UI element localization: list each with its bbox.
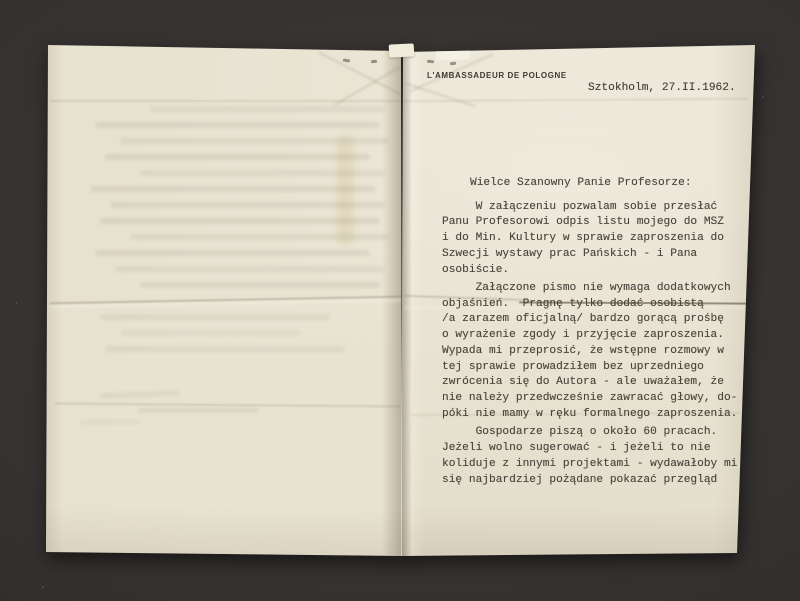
photo-stage: L'AMBASSADEUR DE POLOGNE Sztokholm, 27.I… [0, 0, 800, 601]
bleedthrough-mark [100, 391, 180, 399]
staple-mark [450, 62, 456, 65]
bleedthrough-line [120, 138, 388, 144]
typed-line: póki nie mamy w ręku formalnego zaprosze… [442, 407, 737, 423]
bleedthrough-line [130, 234, 388, 240]
typed-line: Panu Profesorowi odpis listu mojego do M… [442, 215, 737, 231]
bleedthrough-line [90, 186, 375, 192]
typed-line: osobiście. [442, 263, 737, 279]
bleedthrough-line [110, 202, 385, 208]
bleedthrough-line [105, 346, 345, 352]
bleedthrough-line [105, 154, 370, 160]
fold-shading [402, 51, 424, 556]
fold-crease [50, 296, 402, 305]
typed-line: się najbardziej pożądane pokazać przeglą… [442, 473, 737, 489]
typed-line: zwrócenia się do Autora - ale uważałem, … [442, 375, 737, 391]
staple-mark [371, 60, 377, 63]
bleedthrough-line [150, 106, 385, 112]
diagonal-crease [318, 51, 417, 103]
bleedthrough-line [140, 170, 385, 176]
diagonal-crease [406, 83, 475, 107]
typed-line: Załączone pismo nie wymaga dodatkowych [442, 281, 737, 297]
staple-mark [343, 59, 350, 62]
letterhead: L'AMBASSADEUR DE POLOGNE [427, 71, 567, 80]
letter-paper: L'AMBASSADEUR DE POLOGNE Sztokholm, 27.I… [0, 0, 800, 601]
bleedthrough-line [95, 122, 380, 128]
bleedthrough-mark [138, 408, 258, 413]
typed-line: /a zarazem oficjalną/ bardzo gorącą proś… [442, 312, 737, 328]
typed-line: W załączeniu pozwalam sobie przesłać [442, 200, 737, 216]
fold-crease-highlight [50, 299, 402, 309]
bleedthrough-mark [80, 420, 140, 424]
typed-body: W załączeniu pozwalam sobie przesłaćPanu… [442, 197, 737, 488]
typed-line: Gospodarze piszą o około 60 pracach. [442, 425, 737, 441]
bleedthrough-line [140, 282, 380, 288]
typed-line: koliduje z innymi projektami - wydawałob… [442, 457, 737, 473]
typed-line: Wypada mi przeprosić, że wstępne rozmowy… [442, 344, 737, 360]
staple-mark [427, 60, 434, 63]
bleedthrough-line [115, 266, 385, 272]
tape-remnant [436, 49, 470, 60]
fold-crease [55, 402, 400, 407]
dateline: Sztokholm, 27.II.1962. [588, 82, 736, 94]
page-edge-shading [401, 505, 741, 556]
page-edge-shading [46, 505, 402, 556]
fold-crease [404, 98, 749, 102]
typed-line: Jeżeli wolno sugerować - i jeżeli to nie [442, 441, 737, 457]
typed-line: o wyrażenie zgody i przyjęcie zaproszeni… [442, 328, 737, 344]
tape-remnant [389, 43, 415, 57]
typed-line: nie należy przedwcześnie zawracać głowy,… [442, 391, 737, 407]
fold-crease [50, 100, 400, 102]
bleedthrough-line [100, 218, 380, 224]
bleedthrough-line [95, 250, 370, 256]
bleedthrough-line [100, 314, 330, 320]
salutation: Wielce Szanowny Panie Profesorze: [470, 177, 692, 189]
typed-line: Szwecji wystawy prac Pańskich - i Pana [442, 247, 737, 263]
typed-line: i do Min. Kultury w sprawie zaproszenia … [442, 231, 737, 247]
typed-line: tej sprawie prowadziłem bez uprzedniego [442, 360, 737, 376]
bleedthrough-line [120, 330, 300, 336]
page-edge-shading [46, 45, 62, 555]
typed-line: objaśnień. Pragnę tylko dodać osobistą [442, 297, 737, 313]
fold-shading [382, 51, 402, 556]
